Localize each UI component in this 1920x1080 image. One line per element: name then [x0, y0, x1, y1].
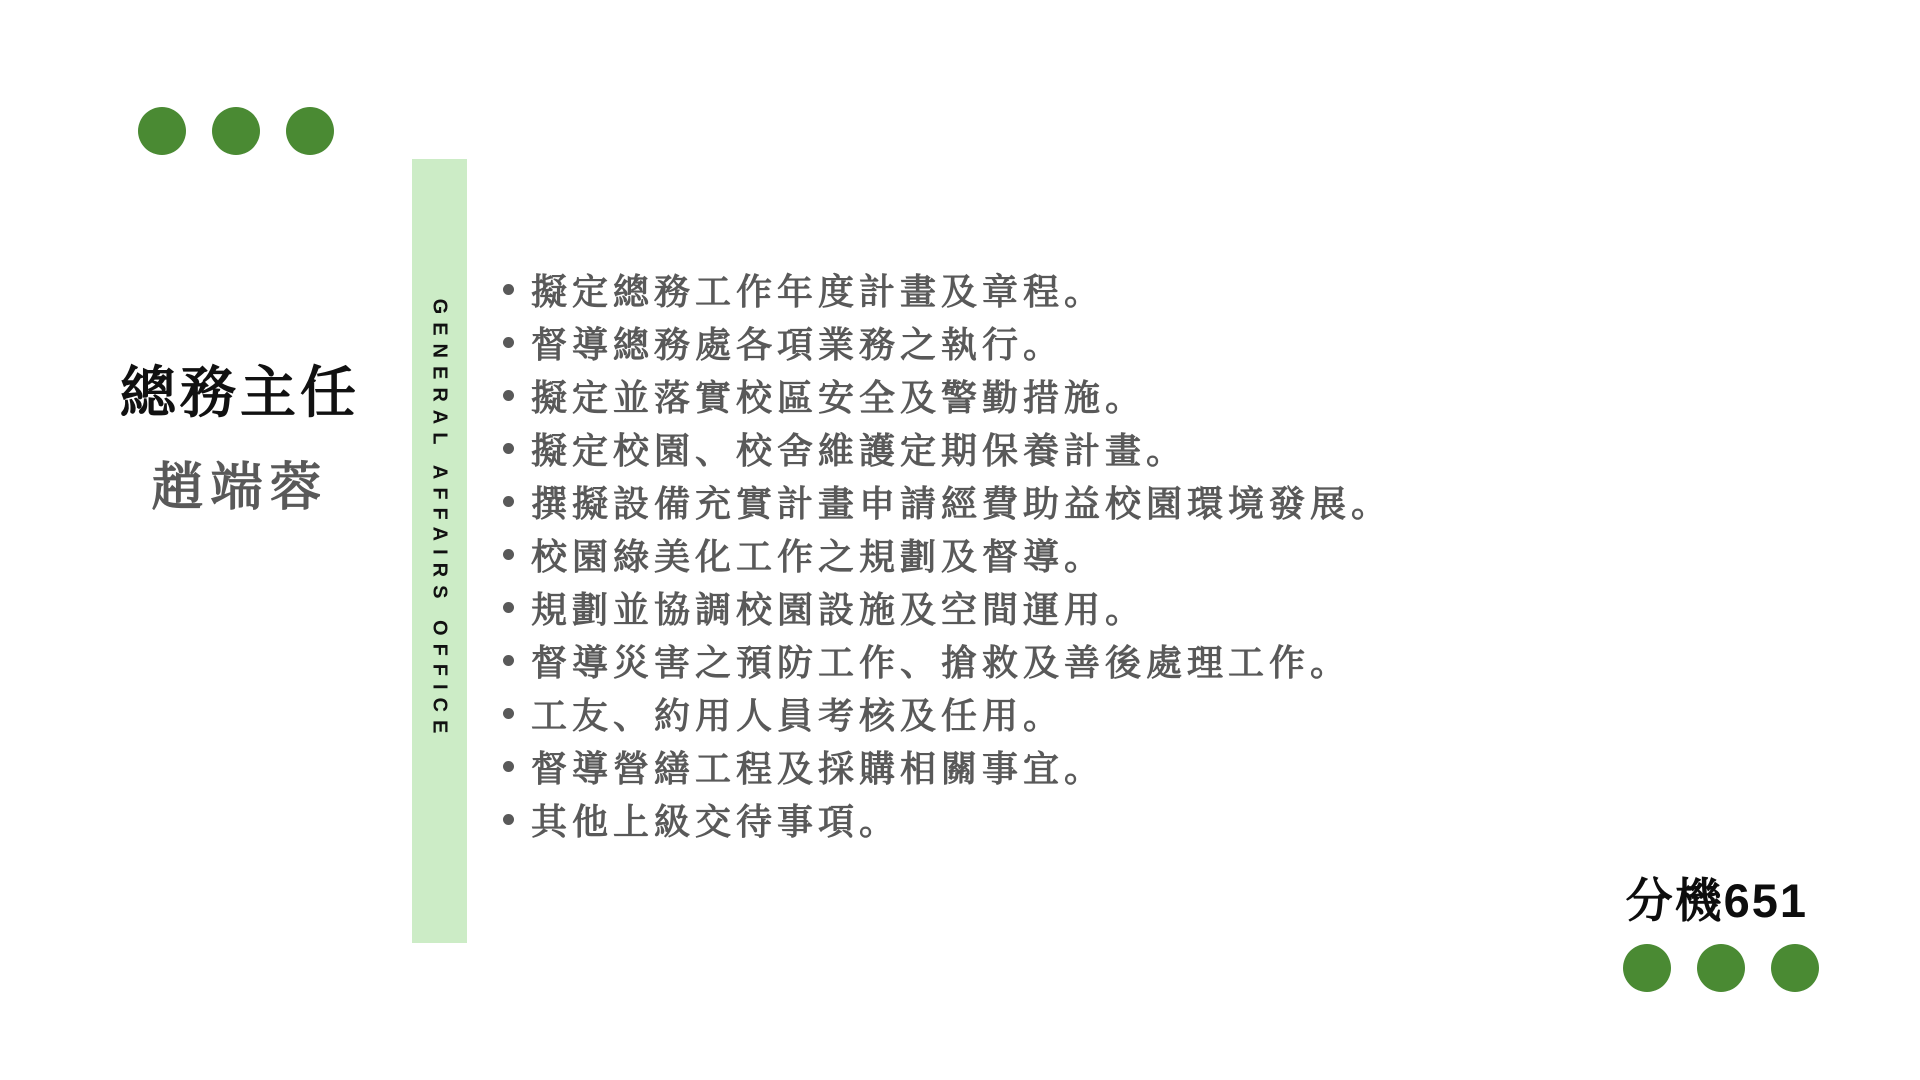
duty-list-item: 督導災害之預防工作、搶救及善後處理工作。: [503, 634, 1392, 687]
duty-text: 撰擬設備充實計畫申請經費助益校園環境發展。: [531, 476, 1392, 527]
green-dot-icon: [1697, 944, 1745, 992]
green-dot-icon: [1623, 944, 1671, 992]
office-name-vertical-label: GENERAL AFFAIRS OFFICE: [428, 299, 451, 742]
duty-text: 擬定總務工作年度計畫及章程。: [531, 264, 1105, 315]
green-dot-icon: [286, 107, 334, 155]
duty-text: 其他上級交待事項。: [531, 794, 900, 845]
slide: 總務主任 趙端蓉 GENERAL AFFAIRS OFFICE 擬定總務工作年度…: [0, 0, 1920, 1080]
duties-list: 擬定總務工作年度計畫及章程。 督導總務處各項業務之執行。 擬定並落實校區安全及警…: [503, 263, 1392, 846]
duty-list-item: 督導總務處各項業務之執行。: [503, 316, 1392, 369]
green-dot-icon: [1771, 944, 1819, 992]
bullet-icon: [503, 337, 514, 348]
duty-text: 校園綠美化工作之規劃及督導。: [531, 529, 1105, 580]
green-dot-icon: [212, 107, 260, 155]
bottom-right-dots: [1623, 944, 1819, 992]
duty-text: 規劃並協調校園設施及空間運用。: [531, 582, 1146, 633]
duty-list-item: 擬定校園、校舍維護定期保養計畫。: [503, 422, 1392, 475]
phone-extension-label: 分機651: [1626, 864, 1808, 931]
duty-list-item: 撰擬設備充實計畫申請經費助益校園環境發展。: [503, 475, 1392, 528]
duty-list-item: 督導營繕工程及採購相關事宜。: [503, 740, 1392, 793]
duty-text: 工友、約用人員考核及任用。: [531, 688, 1064, 739]
bullet-icon: [503, 496, 514, 507]
person-title: 總務主任: [80, 362, 400, 424]
duty-text: 督導災害之預防工作、搶救及善後處理工作。: [531, 635, 1351, 686]
bullet-icon: [503, 443, 514, 454]
person-block: 總務主任 趙端蓉: [80, 362, 400, 517]
bullet-icon: [503, 390, 514, 401]
green-dot-icon: [138, 107, 186, 155]
bullet-icon: [503, 602, 514, 613]
duty-text: 督導營繕工程及採購相關事宜。: [531, 741, 1105, 792]
duty-list-item: 其他上級交待事項。: [503, 793, 1392, 846]
bullet-icon: [503, 708, 514, 719]
duty-text: 擬定校園、校舍維護定期保養計畫。: [531, 423, 1187, 474]
bullet-icon: [503, 284, 514, 295]
top-left-dots: [138, 107, 334, 155]
bullet-icon: [503, 761, 514, 772]
bullet-icon: [503, 814, 514, 825]
person-name: 趙端蓉: [80, 460, 400, 517]
duty-text: 督導總務處各項業務之執行。: [531, 317, 1064, 368]
bullet-icon: [503, 549, 514, 560]
duty-text: 擬定並落實校區安全及警勤措施。: [531, 370, 1146, 421]
duty-list-item: 擬定總務工作年度計畫及章程。: [503, 263, 1392, 316]
duty-list-item: 規劃並協調校園設施及空間運用。: [503, 581, 1392, 634]
duty-list-item: 工友、約用人員考核及任用。: [503, 687, 1392, 740]
bullet-icon: [503, 655, 514, 666]
duty-list-item: 校園綠美化工作之規劃及督導。: [503, 528, 1392, 581]
duty-list-item: 擬定並落實校區安全及警勤措施。: [503, 369, 1392, 422]
